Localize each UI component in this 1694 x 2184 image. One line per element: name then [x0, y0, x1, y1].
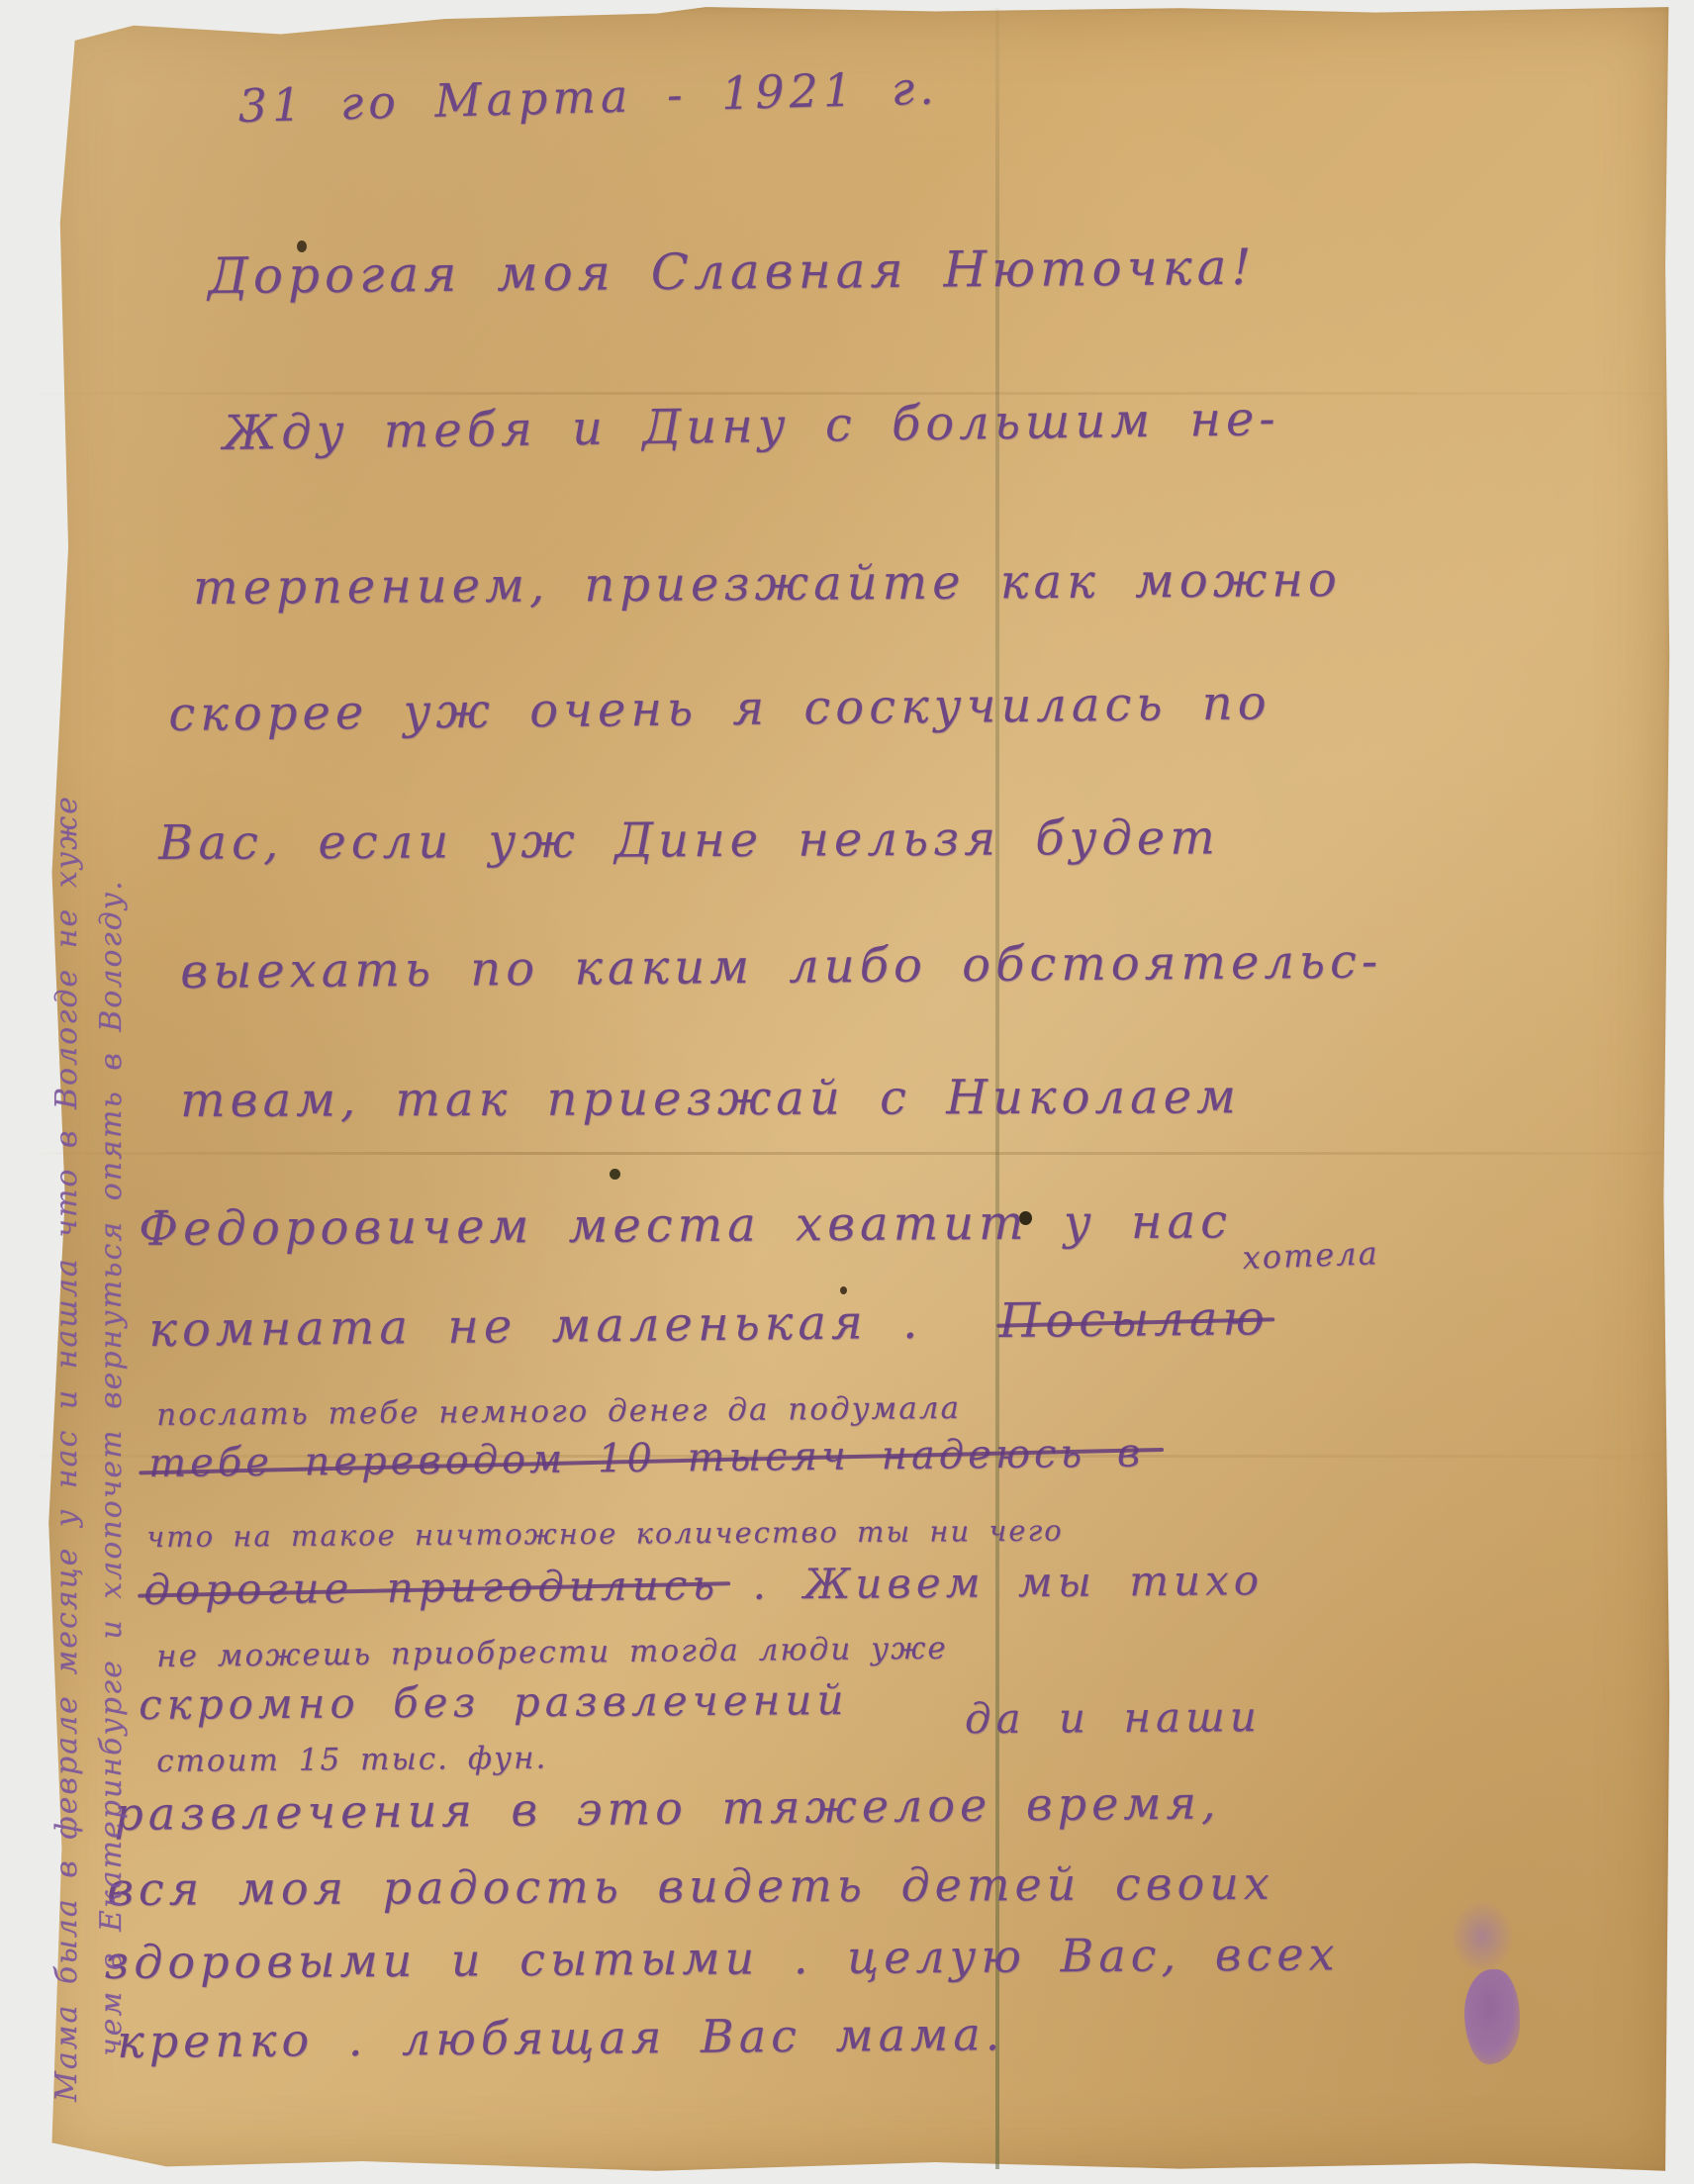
margin-note: Мама была в феврале месяце у нас и нашла… — [49, 61, 168, 2102]
letter-line-6: твам, так приезжай с Николаем — [180, 1069, 1241, 1128]
fold-crease-horizontal-1 — [40, 392, 1662, 395]
margin-note-line-2: чем в Екатеринбурге и хлопочет вернуться… — [94, 61, 129, 2102]
letter-line-9: послать тебе немного денег да подумала — [156, 1390, 961, 1433]
letter-salutation: Дорогая моя Славная Нюточка! — [208, 238, 1257, 305]
line-14-tail: да и наши — [965, 1692, 1262, 1743]
letter-line-2: терпением, приезжайте как можно — [193, 552, 1342, 616]
letter-line-17: вся моя радость видеть детей своих — [107, 1856, 1274, 1916]
letter-line-19: крепко . любящая Вас мама. — [117, 2007, 1004, 2068]
scanned-letter-page: 31 го Марта - 1921 г. Дорогая моя Славна… — [0, 0, 1694, 2184]
line-12-text: . Живем мы тихо — [752, 1556, 1264, 1609]
letter-line-7: Федоровичем места хватит у нас — [139, 1193, 1232, 1257]
letter-line-14: скромно без развлечений да и наши — [139, 1672, 1262, 1729]
letter-line-15: стоит 15 тыс. фун. — [156, 1741, 547, 1779]
paper-speck-2 — [610, 1169, 620, 1180]
fold-crease-horizontal-2 — [40, 1152, 1662, 1155]
line-8-text: комната не маленькая . — [148, 1294, 923, 1358]
letter-line-3: скорее уж очень я соскучилась по — [168, 675, 1271, 742]
line-8-struck-word: Посылаю — [998, 1290, 1270, 1349]
ink-smudge — [1453, 1902, 1512, 1971]
line-12-struck-phrase: дорогие пригодились — [143, 1561, 719, 1614]
paper-speck-4 — [840, 1286, 847, 1294]
margin-note-line-1: Мама была в феврале месяце у нас и нашла… — [49, 61, 84, 2102]
line-14-text: скромно без развлечений — [139, 1675, 849, 1729]
letter-line-18: здоровыми и сытыми . целую Вас, всех — [104, 1927, 1340, 1989]
letter-line-4: Вас, если уж Дине нельзя будет — [158, 809, 1220, 871]
letter-line-11: что на такое ничтожное количество ты ни … — [146, 1514, 1064, 1554]
letter-insert-above: хотела — [1242, 1234, 1379, 1277]
ink-blot — [1464, 1969, 1520, 2064]
letter-line-5: выехать по каким либо обстоятельс- — [180, 933, 1382, 999]
letter-line-12: дорогие пригодились . Живем мы тихо — [143, 1556, 1264, 1614]
letter-line-8: комната не маленькая . Посылаю — [148, 1290, 1270, 1358]
